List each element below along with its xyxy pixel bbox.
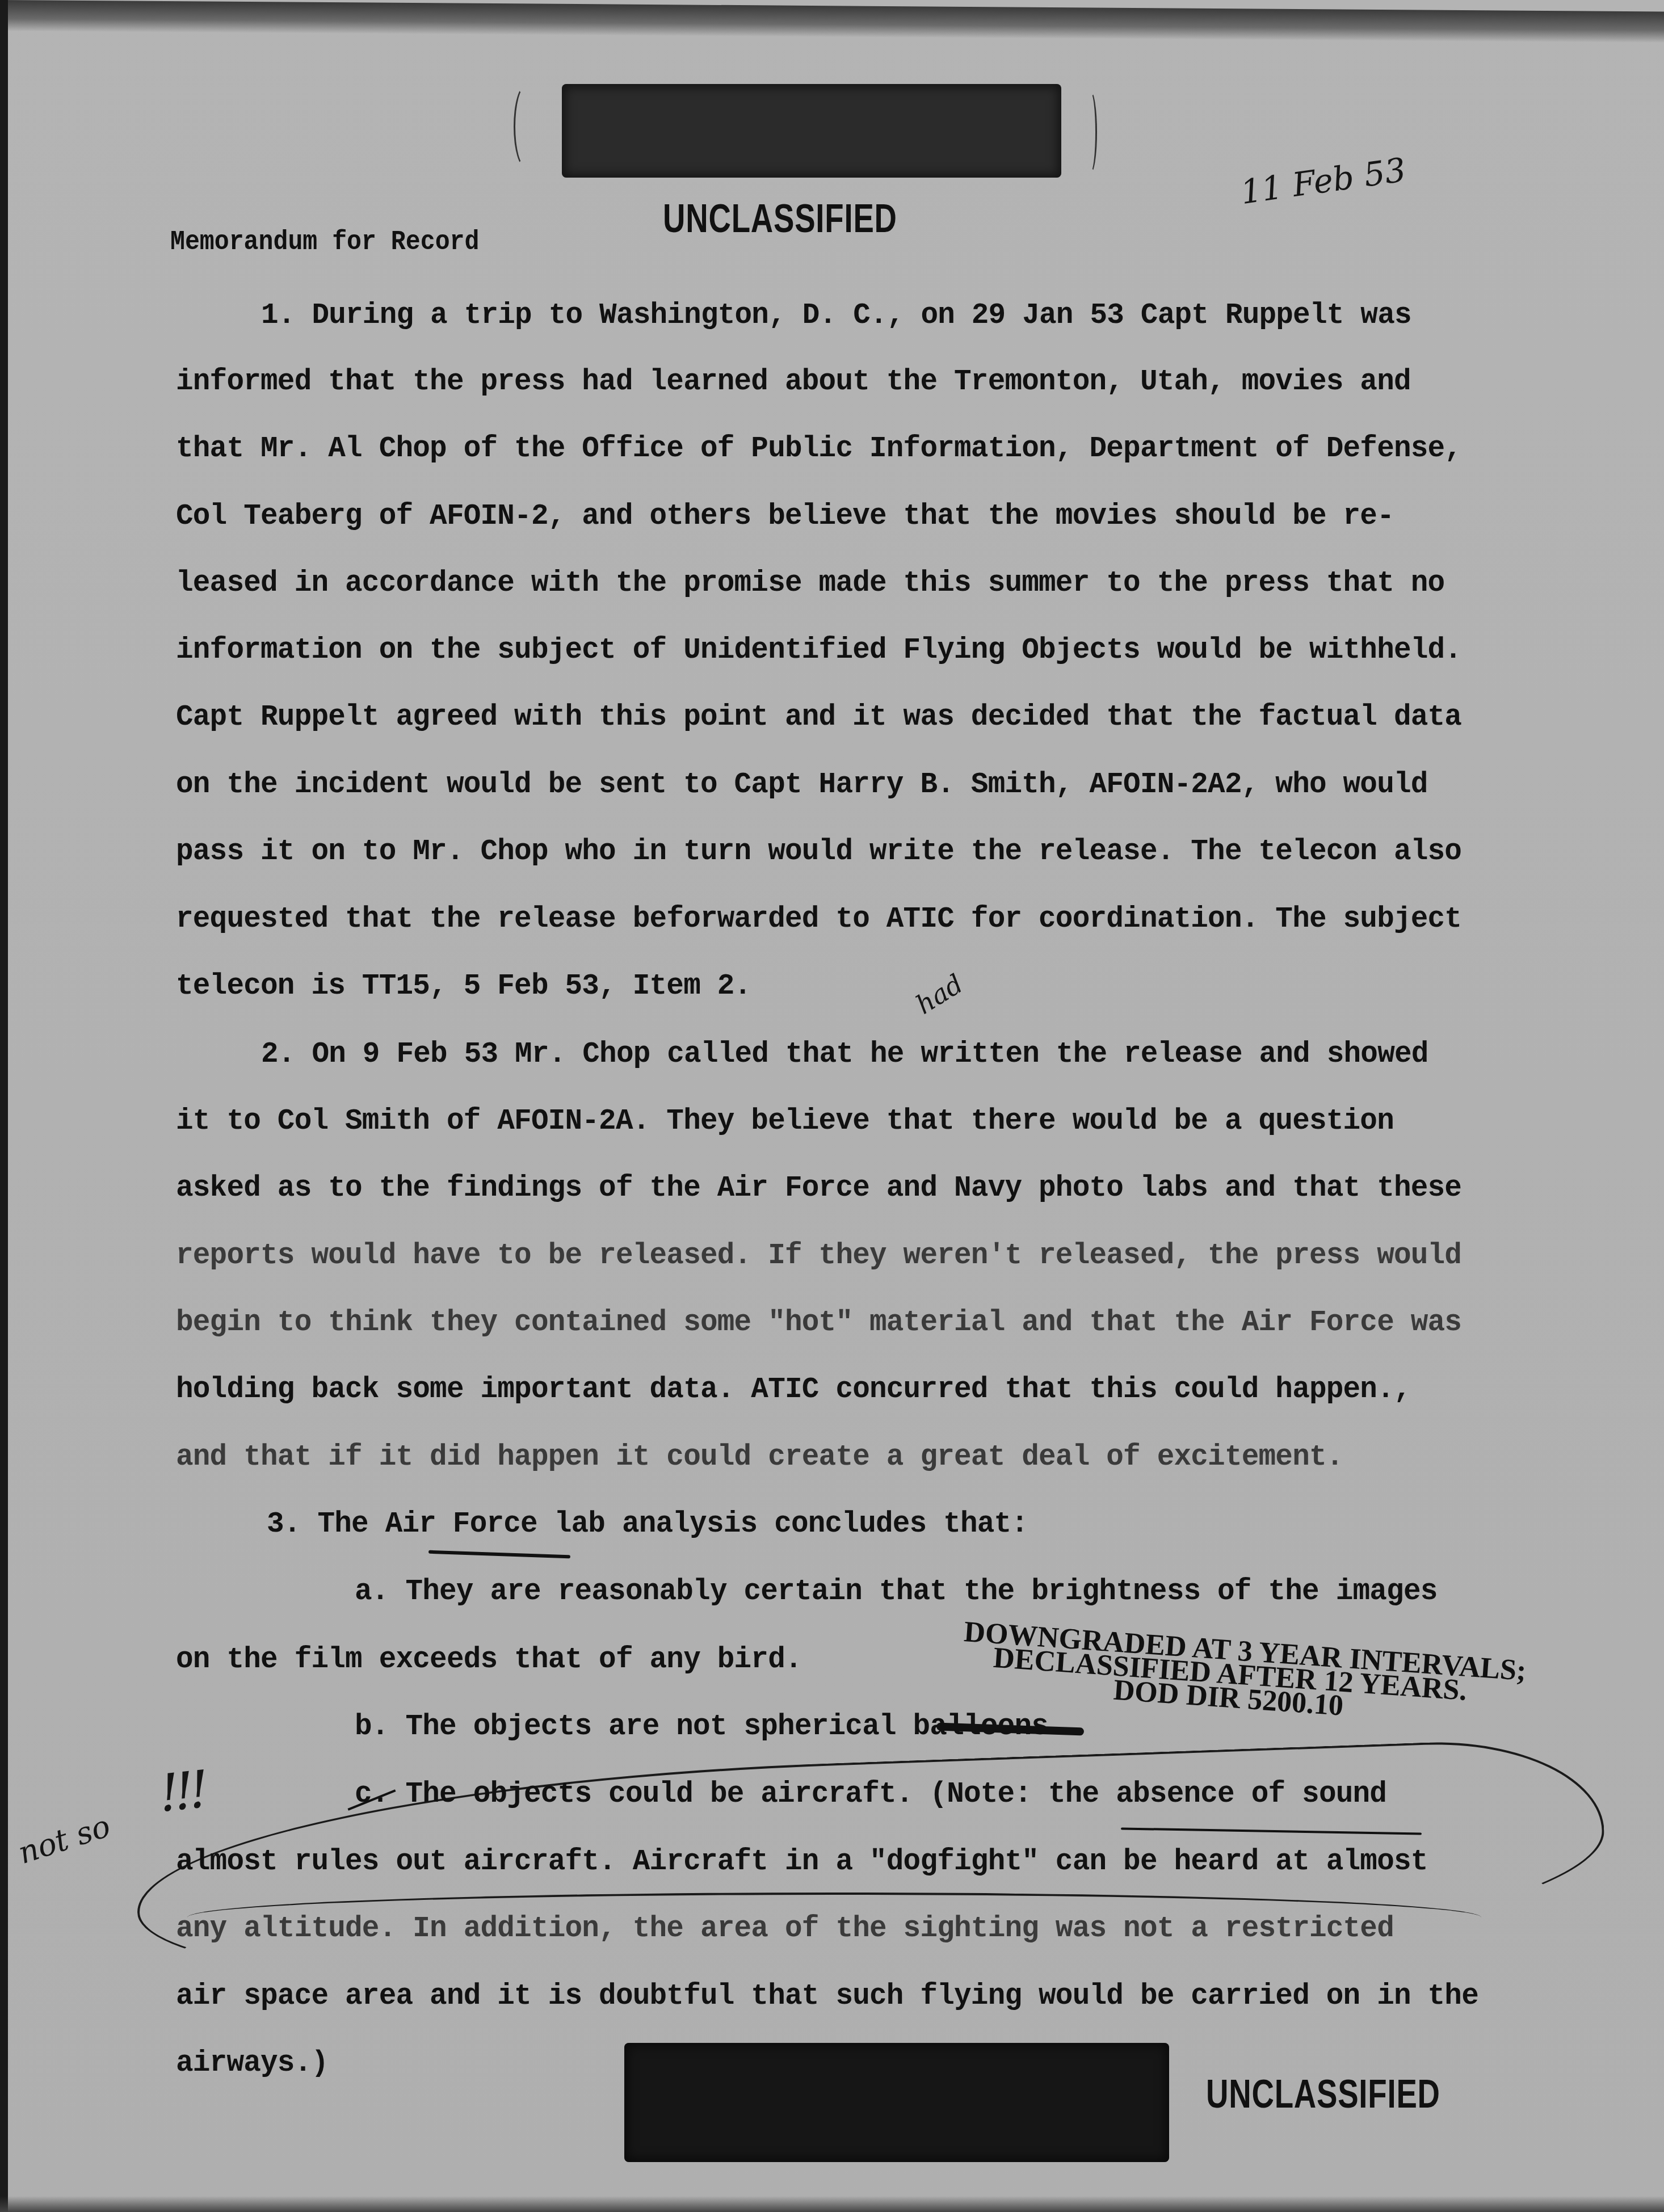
para1-line-10: requested that the release beforwarded t… [176, 903, 1461, 936]
scan-edge-left [0, 0, 8, 2212]
para3c-line-2: almost rules out aircraft. Aircraft in a… [176, 1846, 1428, 1878]
para1-line-3: that Mr. Al Chop of the Office of Public… [176, 433, 1461, 465]
handwritten-date-reference: 11 Feb 53 [1238, 150, 1409, 212]
para3c-line-5: airways.) [176, 2047, 328, 2080]
classification-stamp-top: UNCLASSIFIED [663, 196, 897, 241]
para1-line-6: information on the subject of Unidentifi… [176, 634, 1461, 667]
para2-line-7: and that if it did happen it could creat… [176, 1441, 1343, 1474]
para3c-line-3: any altitude. In addition, the area of t… [176, 1913, 1394, 1945]
scanned-memo-page: UNCLASSIFIED 11 Feb 53 Memorandum for Re… [0, 0, 1664, 2212]
stamp-bracket-right [1084, 91, 1097, 174]
scan-edge-bottom [0, 2196, 1664, 2212]
memo-title: Memorandum for Record [170, 227, 479, 258]
para3a-line-1: a. They are reasonably certain that the … [355, 1576, 1438, 1608]
handwritten-margin-note: not so [14, 1808, 115, 1871]
para2-line-3: asked as to the findings of the Air Forc… [176, 1172, 1461, 1205]
stamp-bracket-left [514, 85, 538, 168]
para1-line-8: on the incident would be sent to Capt Ha… [176, 769, 1428, 801]
para1-line-9: pass it on to Mr. Chop who in turn would… [176, 836, 1461, 868]
para1-line-11: telecon is TT15, 5 Feb 53, Item 2. [176, 970, 751, 1003]
para2-line-4: reports would have to be released. If th… [176, 1240, 1461, 1272]
para2-line-6: holding back some important data. ATIC c… [176, 1374, 1411, 1406]
para1-line-7: Capt Ruppelt agreed with this point and … [176, 701, 1461, 734]
redaction-block-top [562, 84, 1061, 178]
para2-line-5: begin to think they contained some "hot"… [176, 1307, 1461, 1339]
para1-line-4: Col Teaberg of AFOIN-2, and others belie… [176, 501, 1394, 533]
para1-line-1: 1. During a trip to Washington, D. C., o… [261, 300, 1411, 332]
para2-line-1: 2. On 9 Feb 53 Mr. Chop called that he w… [261, 1038, 1428, 1071]
para1-line-5: leased in accordance with the promise ma… [176, 567, 1444, 600]
classification-stamp-bottom: UNCLASSIFIED [1206, 2071, 1440, 2117]
para1-line-2: informed that the press had learned abou… [176, 366, 1411, 398]
para3c-line-4: air space area and it is doubtful that s… [176, 1980, 1478, 2013]
para3c-line-1: c. The objects could be aircraft. (Note:… [355, 1778, 1386, 1811]
redaction-block-bottom [624, 2043, 1169, 2162]
scan-edge-top [0, 0, 1664, 43]
para2-line-2: it to Col Smith of AFOIN-2A. They believ… [176, 1105, 1394, 1138]
handwritten-insertion-had: had [910, 968, 968, 1020]
handwritten-exclamation-marks: !!! [156, 1760, 207, 1824]
para3-intro: 3. The Air Force lab analysis concludes … [267, 1508, 1028, 1541]
pen-underline-air-force [428, 1550, 570, 1559]
para3a-line-2: on the film exceeds that of any bird. [176, 1644, 802, 1676]
